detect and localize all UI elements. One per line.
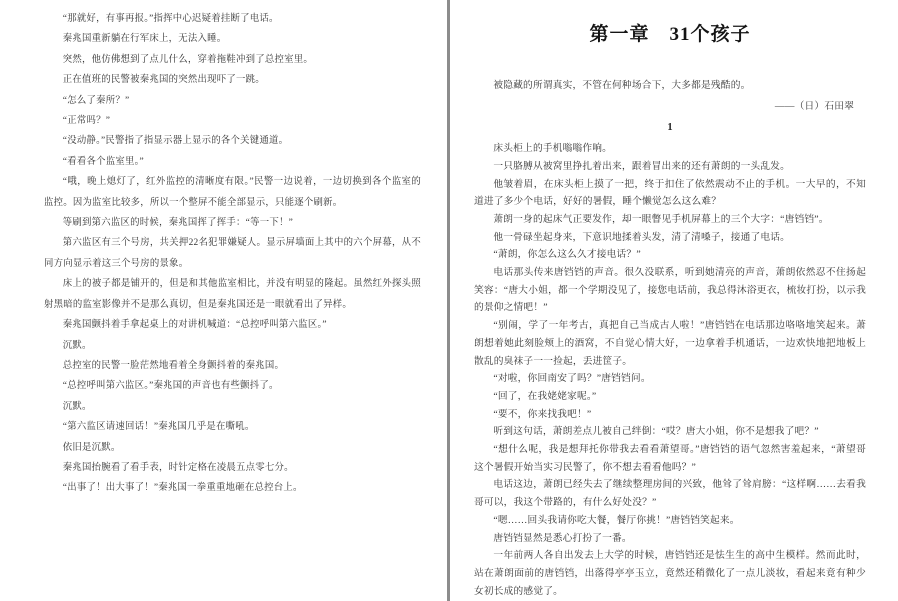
- epigraph: 被隐藏的所谓真实，不管在何种场合下，大多都是残酷的。: [474, 77, 866, 95]
- paragraph: 他一骨碌坐起身来，下意识地揉着头发，清了清嗓子，接通了电话。: [474, 229, 866, 247]
- book-two-page-view: “那就好，有事再报。”指挥中心迟疑着挂断了电话。秦兆国重新躺在行军床上，无法入睡…: [0, 0, 898, 601]
- paragraph: “萧朗，你怎么这么久才接电话？”: [474, 246, 866, 264]
- paragraph: 沉默。: [44, 336, 421, 356]
- paragraph: 突然，他仿佛想到了点儿什么，穿着拖鞋冲到了总控室里。: [44, 50, 421, 70]
- paragraph: “出事了！出大事了！”秦兆国一拳重重地砸在总控台上。: [44, 478, 421, 498]
- page-right-text: 床头柜上的手机嗡嗡作响。一只胳膊从被窝里挣扎着出来，跟着冒出来的还有萧朗的一头乱…: [474, 140, 866, 600]
- paragraph: 总控室的民警一脸茫然地看着全身颤抖着的秦兆国。: [44, 356, 421, 376]
- page-right[interactable]: 第一章 31个孩子 被隐藏的所谓真实，不管在何种场合下，大多都是残酷的。 ——（…: [450, 0, 898, 601]
- paragraph: 秦兆国颤抖着手拿起桌上的对讲机喊道：“总控呼叫第六监区。”: [44, 315, 421, 335]
- paragraph: 听到这句话，萧朗差点儿被自己绊倒：“哎？唐大小姐，你不是想我了吧？”: [474, 423, 866, 441]
- page-left[interactable]: “那就好，有事再报。”指挥中心迟疑着挂断了电话。秦兆国重新躺在行军床上，无法入睡…: [0, 0, 447, 601]
- paragraph: “没动静。”民警指了指显示器上显示的各个关键通道。: [44, 131, 421, 151]
- paragraph: 电话这边，萧朗已经失去了继续整理房间的兴致，他耸了耸肩膀：“这样啊……去看我哥可…: [474, 476, 866, 511]
- paragraph: “对啦，你回南安了吗？”唐铛铛问。: [474, 370, 866, 388]
- paragraph: 依旧是沉默。: [44, 438, 421, 458]
- paragraph: 一只胳膊从被窝里挣扎着出来，跟着冒出来的还有萧朗的一头乱发。: [474, 158, 866, 176]
- paragraph: 秦兆国抬腕看了看手表，时针定格在凌晨五点零七分。: [44, 458, 421, 478]
- paragraph: 等刷到第六监区的时候，秦兆国挥了挥手：“等一下！”: [44, 213, 421, 233]
- paragraph: 第六监区有三个号房，共关押22名犯罪嫌疑人。显示屏墙面上其中的六个屏幕，从不同方…: [44, 233, 421, 274]
- paragraph: “那就好，有事再报。”指挥中心迟疑着挂断了电话。: [44, 9, 421, 29]
- paragraph: “回了，在我姥姥家呢。”: [474, 388, 866, 406]
- epigraph-attribution: ——（日）石田翠: [474, 98, 866, 116]
- page-left-text: “那就好，有事再报。”指挥中心迟疑着挂断了电话。秦兆国重新躺在行军床上，无法入睡…: [44, 9, 421, 499]
- paragraph: “要不，你来找我吧！”: [474, 406, 866, 424]
- chapter-title: 第一章 31个孩子: [474, 19, 866, 46]
- paragraph: “嗯……回头我请你吃大餐，餐厅你挑！”唐铛铛笑起来。: [474, 512, 866, 530]
- section-number: 1: [474, 119, 866, 137]
- paragraph: “想什么呢，我是想拜托你带我去看看萧望哥。”唐铛铛的语气忽然害羞起来，“萧望哥这…: [474, 441, 866, 476]
- paragraph: “正常吗？”: [44, 111, 421, 131]
- paragraph: “别闹，学了一年考古，真把自己当成古人啦！”唐铛铛在电话那边咯咯地笑起来。萧朗想…: [474, 317, 866, 370]
- paragraph: 电话那头传来唐铛铛的声音。很久没联系，听到她清亮的声音，萧朗依然忍不住扬起笑容：…: [474, 264, 866, 317]
- paragraph: 沉默。: [44, 397, 421, 417]
- paragraph: 一年前两人各自出发去上大学的时候，唐铛铛还是怯生生的高中生模样。然而此时，站在萧…: [474, 547, 866, 600]
- paragraph: “怎么了秦所？”: [44, 91, 421, 111]
- paragraph: 他皱着眉，在床头柜上摸了一把，终于扣住了依然震动不止的手机。一大早的，不知道进了…: [474, 176, 866, 211]
- paragraph: “第六监区请速回话！”秦兆国几乎是在嘶吼。: [44, 417, 421, 437]
- paragraph: 萧朗一身的起床气正要发作，却一眼瞥见手机屏幕上的三个大字：“唐铛铛”。: [474, 211, 866, 229]
- paragraph: “总控呼叫第六监区。”秦兆国的声音也有些颤抖了。: [44, 376, 421, 396]
- paragraph: 正在值班的民警被秦兆国的突然出现吓了一跳。: [44, 70, 421, 90]
- paragraph: 秦兆国重新躺在行军床上，无法入睡。: [44, 29, 421, 49]
- paragraph: 唐铛铛显然是悉心打扮了一番。: [474, 530, 866, 548]
- paragraph: “看看各个监室里。”: [44, 152, 421, 172]
- paragraph: 床上的被子都是铺开的，但是和其他监室相比，并没有明显的隆起。虽然红外探头照射黑暗…: [44, 274, 421, 315]
- paragraph: “哦，晚上熄灯了，红外监控的清晰度有限。”民警一边说着，一边切换到各个监室的监控…: [44, 172, 421, 213]
- paragraph: 床头柜上的手机嗡嗡作响。: [474, 140, 866, 158]
